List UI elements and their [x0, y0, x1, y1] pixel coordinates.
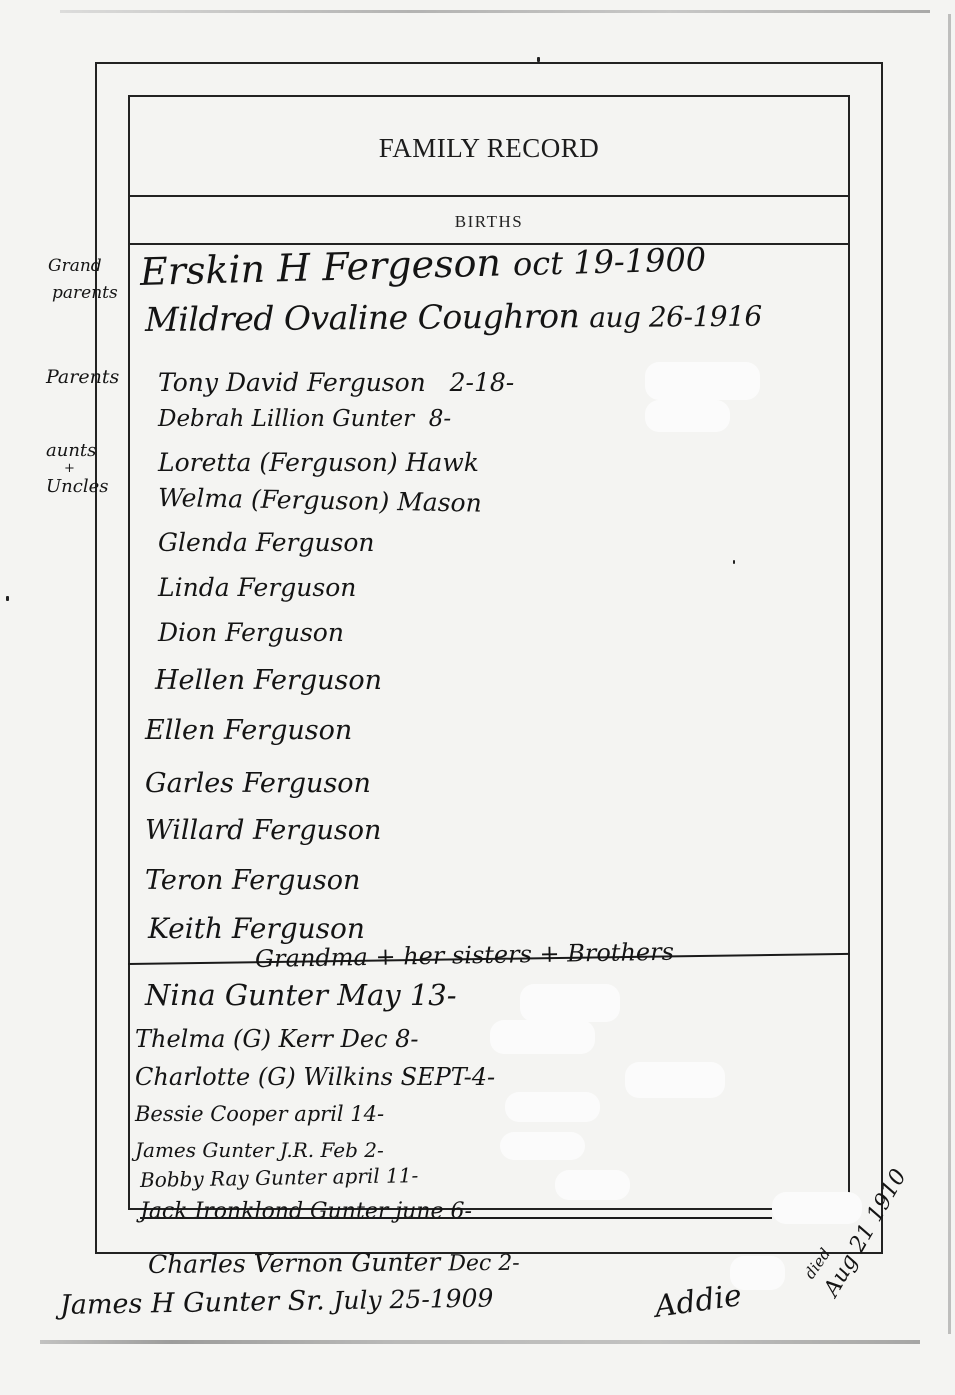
margin-note: Uncles: [46, 478, 109, 497]
redaction: [505, 1092, 600, 1122]
section-title: BIRTHS: [128, 212, 850, 232]
birth-entry: Debrah Lillion Gunter 8-: [158, 406, 451, 432]
birth-entry: Hellen Ferguson: [155, 665, 382, 696]
sibling-entry: Charlotte (G) Wilkins SEPT-4-: [135, 1063, 495, 1091]
entry-name: Garles Ferguson: [145, 768, 371, 799]
redaction: [490, 1020, 595, 1054]
sibling-entry: Bobby Ray Gunter april 11-: [140, 1163, 419, 1192]
margin-note: Parents: [46, 368, 119, 388]
entry-name: Addie: [653, 1278, 744, 1325]
redaction: [555, 1170, 630, 1200]
entry-name: Thelma (G) Kerr: [135, 1025, 333, 1053]
entry-date: SEPT-4-: [401, 1063, 496, 1091]
entry-name: Teron Ferguson: [145, 865, 360, 896]
entry-name: Linda Ferguson: [158, 573, 356, 602]
entry-name: Charles Vernon Gunter: [148, 1247, 441, 1279]
entry-date: april 11-: [332, 1163, 418, 1188]
entry-name: Nina Gunter: [145, 978, 328, 1012]
header-divider: [128, 195, 850, 197]
sibling-entry-struck: Jack Ironklond Gunter june 6-: [140, 1199, 472, 1224]
birth-entry: Glenda Ferguson: [158, 528, 375, 557]
entry-name: Willard Ferguson: [145, 815, 381, 846]
extra-entry: Charles Vernon Gunter Dec 2-: [148, 1247, 520, 1279]
birth-entry: Garles Ferguson: [145, 768, 371, 799]
extra-entry: Addie: [653, 1278, 744, 1325]
birth-entry: Teron Ferguson: [145, 865, 360, 896]
entry-date: april 14-: [294, 1102, 384, 1126]
scan-edge-right: [948, 14, 951, 1334]
scan-edge-top: [60, 10, 930, 13]
birth-entry: Keith Ferguson: [148, 912, 365, 945]
margin-note: parents: [52, 285, 118, 303]
sibling-entry: Nina Gunter May 13-: [145, 978, 457, 1012]
entry-date: July 25-1909: [333, 1283, 494, 1315]
birth-entry: Willard Ferguson: [145, 815, 381, 846]
sibling-entry: James Gunter J.R. Feb 2-: [135, 1138, 384, 1162]
margin-note: +: [64, 462, 75, 476]
entry-name: Dion Ferguson: [158, 618, 344, 647]
birth-entry: Mildred Ovaline Coughron aug 26-1916: [145, 295, 762, 339]
redaction: [645, 362, 760, 400]
entry-date: aug 26-1916: [589, 300, 762, 335]
entry-name: Loretta (Ferguson) Hawk: [158, 448, 479, 477]
entry-name: Welma (Ferguson) Mason: [158, 483, 482, 518]
entry-name: Bessie Cooper: [135, 1102, 288, 1126]
ink-speck: [6, 596, 9, 601]
entry-name: Ellen Ferguson: [145, 715, 352, 746]
birth-entry: Tony David Ferguson 2-18-: [158, 368, 514, 397]
redaction: [520, 984, 620, 1022]
entry-name: Bobby Ray Gunter: [140, 1165, 327, 1192]
redaction: [625, 1062, 725, 1098]
sibling-entry: Thelma (G) Kerr Dec 8-: [135, 1025, 419, 1053]
document-title: FAMILY RECORD: [128, 133, 850, 164]
entry-name: Debrah Lillion Gunter: [158, 406, 414, 432]
entry-date: 2-18-: [450, 368, 515, 397]
entry-date: May 13-: [337, 978, 456, 1012]
entry-name: Charlotte (G) Wilkins: [135, 1063, 393, 1091]
scan-edge-bottom: [40, 1340, 920, 1344]
birth-entry: Ellen Ferguson: [145, 715, 352, 746]
entry-name: Keith Ferguson: [148, 912, 365, 945]
birth-entry: Welma (Ferguson) Mason: [158, 483, 482, 518]
entry-date: Dec 2-: [448, 1251, 520, 1277]
entry-name: James Gunter J.R.: [135, 1138, 314, 1162]
birth-entry: Dion Ferguson: [158, 618, 344, 647]
entry-date: june 6-: [395, 1199, 472, 1224]
birth-entry: Linda Ferguson: [158, 573, 356, 602]
entry-name: Jack Ironklond Gunter: [140, 1199, 388, 1224]
redaction: [500, 1132, 585, 1160]
entry-date: 8-: [429, 406, 451, 432]
entry-name: James H Gunter Sr.: [60, 1285, 325, 1321]
extra-entry: James H Gunter Sr. July 25-1909: [60, 1282, 494, 1321]
redaction: [730, 1256, 785, 1290]
entry-date: oct 19-1900: [512, 240, 706, 283]
entry-name: Mildred Ovaline Coughron: [145, 296, 580, 339]
birth-entry: Loretta (Ferguson) Hawk: [158, 448, 479, 477]
redaction: [645, 400, 730, 432]
entry-name: Tony David Ferguson: [158, 368, 426, 397]
entry-name: Glenda Ferguson: [158, 528, 375, 557]
entry-date: Dec 8-: [341, 1025, 419, 1053]
entry-name: Hellen Ferguson: [155, 665, 382, 696]
margin-note: aunts: [46, 442, 96, 461]
entry-date: Feb 2-: [321, 1138, 384, 1162]
redaction: [772, 1192, 862, 1224]
strike-through-line: [140, 1217, 772, 1219]
sibling-entry: Bessie Cooper april 14-: [135, 1102, 384, 1126]
margin-note: Grand: [48, 258, 102, 276]
